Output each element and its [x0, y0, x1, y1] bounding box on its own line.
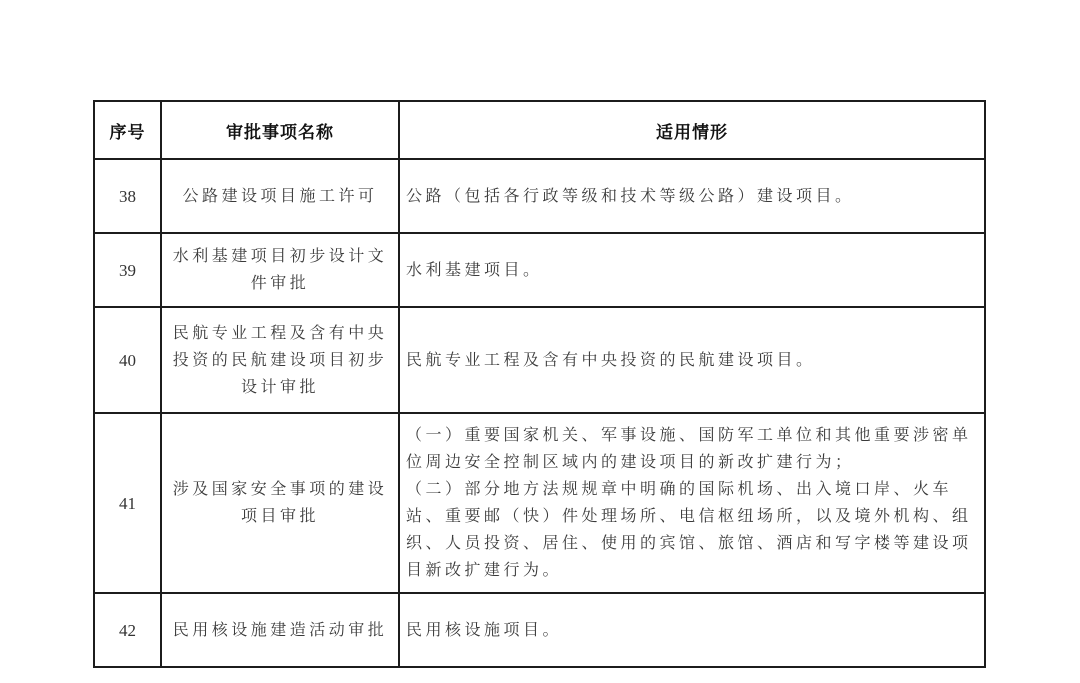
approval-item-name: 涉及国家安全事项的建设项目审批 — [161, 413, 399, 593]
applicable-scope: （一）重要国家机关、军事设施、国防军工单位和其他重要涉密单位周边安全控制区域内的… — [399, 413, 985, 593]
header-scope: 适用情形 — [399, 101, 985, 159]
applicable-scope: 水利基建项目。 — [399, 233, 985, 307]
table-row: 40 民航专业工程及含有中央投资的民航建设项目初步设计审批 民航专业工程及含有中… — [94, 307, 985, 413]
table-header-row: 序号 审批事项名称 适用情形 — [94, 101, 985, 159]
header-name: 审批事项名称 — [161, 101, 399, 159]
row-number: 40 — [94, 307, 161, 413]
applicable-scope: 公路（包括各行政等级和技术等级公路）建设项目。 — [399, 159, 985, 233]
table-row: 41 涉及国家安全事项的建设项目审批 （一）重要国家机关、军事设施、国防军工单位… — [94, 413, 985, 593]
approval-item-name: 水利基建项目初步设计文件审批 — [161, 233, 399, 307]
approval-item-name: 公路建设项目施工许可 — [161, 159, 399, 233]
table-row: 38 公路建设项目施工许可 公路（包括各行政等级和技术等级公路）建设项目。 — [94, 159, 985, 233]
row-number: 39 — [94, 233, 161, 307]
table-row: 42 民用核设施建造活动审批 民用核设施项目。 — [94, 593, 985, 667]
applicable-scope: 民用核设施项目。 — [399, 593, 985, 667]
approval-items-table: 序号 审批事项名称 适用情形 38 公路建设项目施工许可 公路（包括各行政等级和… — [93, 100, 986, 668]
document-page: 序号 审批事项名称 适用情形 38 公路建设项目施工许可 公路（包括各行政等级和… — [0, 0, 1080, 683]
row-number: 42 — [94, 593, 161, 667]
header-no: 序号 — [94, 101, 161, 159]
row-number: 41 — [94, 413, 161, 593]
approval-item-name: 民用核设施建造活动审批 — [161, 593, 399, 667]
approval-item-name: 民航专业工程及含有中央投资的民航建设项目初步设计审批 — [161, 307, 399, 413]
row-number: 38 — [94, 159, 161, 233]
applicable-scope: 民航专业工程及含有中央投资的民航建设项目。 — [399, 307, 985, 413]
table-row: 39 水利基建项目初步设计文件审批 水利基建项目。 — [94, 233, 985, 307]
